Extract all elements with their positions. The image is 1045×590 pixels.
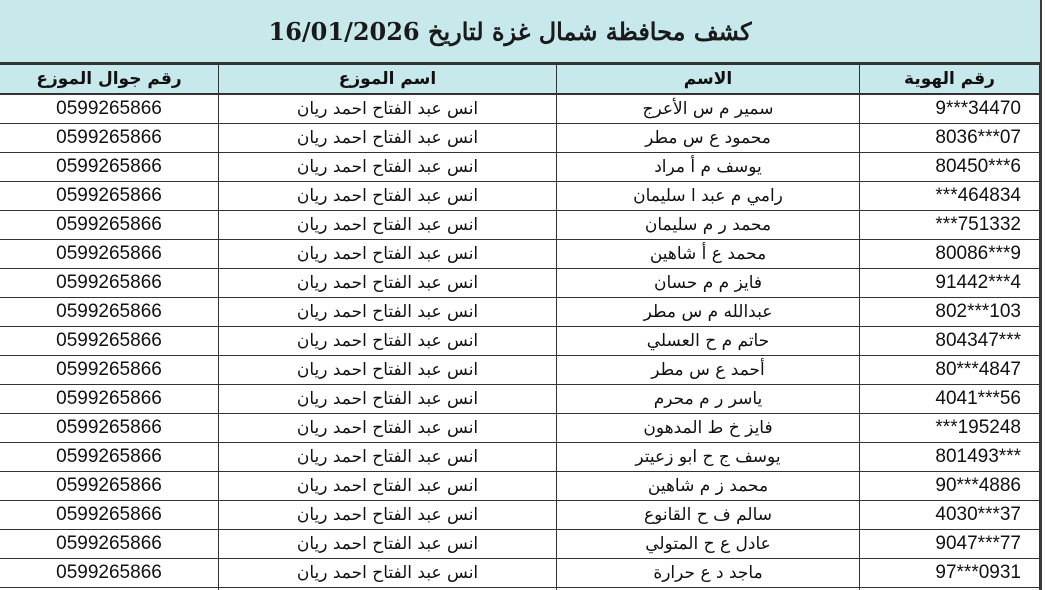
- table-row: 804347*** حاتم م ح العسلي انس عبد الفتاح…: [0, 327, 1040, 356]
- cell-distributor-name: انس عبد الفتاح احمد ريان: [219, 385, 557, 414]
- cell-distributor-name: انس عبد الفتاح احمد ريان: [219, 94, 557, 124]
- cell-name: عبدالله م س مطر: [557, 298, 860, 327]
- cell-distributor-name: انس عبد الفتاح احمد ريان: [219, 472, 557, 501]
- cell-distributor-name: انس عبد الفتاح احمد ريان: [219, 240, 557, 269]
- cell-distributor-name: انس عبد الفتاح احمد ريان: [219, 414, 557, 443]
- table-row: 8036***07 محمود ع س مطر انس عبد الفتاح ا…: [0, 124, 1040, 153]
- cell-id: ***195248: [860, 414, 1040, 443]
- table-row: 4030***37 سالم ف ح القانوع انس عبد الفتا…: [0, 501, 1040, 530]
- cell-id: 801493***: [860, 443, 1040, 472]
- cell-distributor-phone: 0599265866: [0, 211, 219, 240]
- cell-id: 91442***4: [860, 269, 1040, 298]
- cell-distributor-phone: 0599265866: [0, 298, 219, 327]
- cell-name: أحمد ع س مطر: [557, 356, 860, 385]
- cell-name: محمد ز م شاهين: [557, 472, 860, 501]
- table-row: 9047***77 عادل ع ح المتولي انس عبد الفتا…: [0, 530, 1040, 559]
- table-row: 4041***56 ياسر ر م محرم انس عبد الفتاح ا…: [0, 385, 1040, 414]
- cell-distributor-name: انس عبد الفتاح احمد ريان: [219, 211, 557, 240]
- cell-id: 802***103: [860, 298, 1040, 327]
- cell-name: فايز م م حسان: [557, 269, 860, 298]
- cell-name: ياسر ر م محرم: [557, 385, 860, 414]
- cell-distributor-name: انس عبد الفتاح احمد ريان: [219, 356, 557, 385]
- header-distributor-name: اسم الموزع: [219, 65, 557, 95]
- cell-id: 80086***9: [860, 240, 1040, 269]
- table-row: 80***4847 أحمد ع س مطر انس عبد الفتاح اح…: [0, 356, 1040, 385]
- cell-name: محمد ر م سليمان: [557, 211, 860, 240]
- cell-id: 97***0931: [860, 559, 1040, 588]
- cell-name: سالم ف ح القانوع: [557, 501, 860, 530]
- table-header-row: رقم الهوية الاسم اسم الموزع رقم جوال الم…: [0, 65, 1040, 95]
- cell-name: يوسف ج ح ابو زعيتر: [557, 443, 860, 472]
- table-row: 91442***4 فايز م م حسان انس عبد الفتاح ا…: [0, 269, 1040, 298]
- cell-distributor-phone: 0599265866: [0, 240, 219, 269]
- cell-name: محمد ع أ شاهين: [557, 240, 860, 269]
- cell-distributor-phone: 0599265866: [0, 559, 219, 588]
- header-id: رقم الهوية: [860, 65, 1040, 95]
- cell-distributor-name: انس عبد الفتاح احمد ريان: [219, 182, 557, 211]
- cell-name: عادل ع ح المتولي: [557, 530, 860, 559]
- table-row: 9***34470 سمير م س الأعرج انس عبد الفتاح…: [0, 94, 1040, 124]
- table-row: 801493*** يوسف ج ح ابو زعيتر انس عبد الف…: [0, 443, 1040, 472]
- cell-distributor-phone: 0599265866: [0, 472, 219, 501]
- cell-name: ماجد د ع حرارة: [557, 559, 860, 588]
- cell-distributor-name: انس عبد الفتاح احمد ريان: [219, 153, 557, 182]
- table-row: 80086***9 محمد ع أ شاهين انس عبد الفتاح …: [0, 240, 1040, 269]
- cell-name: يوسف م أ مراد: [557, 153, 860, 182]
- table-body: 9***34470 سمير م س الأعرج انس عبد الفتاح…: [0, 94, 1040, 590]
- title-band: كشف محافظة شمال غزة لتاريخ 16/01/2026: [0, 0, 1040, 64]
- table-row: 90***4886 محمد ز م شاهين انس عبد الفتاح …: [0, 472, 1040, 501]
- header-distributor-phone: رقم جوال الموزع: [0, 65, 219, 95]
- cell-distributor-phone: 0599265866: [0, 182, 219, 211]
- cell-distributor-phone: 0599265866: [0, 501, 219, 530]
- cell-id: ***464834: [860, 182, 1040, 211]
- cell-distributor-name: انس عبد الفتاح احمد ريان: [219, 298, 557, 327]
- cell-distributor-name: انس عبد الفتاح احمد ريان: [219, 501, 557, 530]
- table-row: ***464834 رامي م عبد ا سليمان انس عبد ال…: [0, 182, 1040, 211]
- cell-distributor-phone: 0599265866: [0, 269, 219, 298]
- cell-id: 90***4886: [860, 472, 1040, 501]
- cell-id: 80450***6: [860, 153, 1040, 182]
- table-row: 80450***6 يوسف م أ مراد انس عبد الفتاح ا…: [0, 153, 1040, 182]
- cell-distributor-name: انس عبد الفتاح احمد ريان: [219, 327, 557, 356]
- cell-name: حاتم م ح العسلي: [557, 327, 860, 356]
- distribution-table: رقم الهوية الاسم اسم الموزع رقم جوال الم…: [0, 64, 1040, 590]
- cell-name: فايز خ ط المدهون: [557, 414, 860, 443]
- sheet-title: كشف محافظة شمال غزة لتاريخ 16/01/2026: [269, 17, 752, 46]
- cell-distributor-phone: 0599265866: [0, 94, 219, 124]
- header-name: الاسم: [557, 65, 860, 95]
- cell-distributor-phone: 0599265866: [0, 530, 219, 559]
- cell-id: 9047***77: [860, 530, 1040, 559]
- cell-distributor-name: انس عبد الفتاح احمد ريان: [219, 559, 557, 588]
- cell-distributor-phone: 0599265866: [0, 356, 219, 385]
- table-row: 802***103 عبدالله م س مطر انس عبد الفتاح…: [0, 298, 1040, 327]
- cell-id: 4030***37: [860, 501, 1040, 530]
- cell-distributor-phone: 0599265866: [0, 153, 219, 182]
- cell-distributor-name: انس عبد الفتاح احمد ريان: [219, 530, 557, 559]
- table-row: 97***0931 ماجد د ع حرارة انس عبد الفتاح …: [0, 559, 1040, 588]
- cell-name: محمود ع س مطر: [557, 124, 860, 153]
- cell-distributor-phone: 0599265866: [0, 443, 219, 472]
- cell-id: 804347***: [860, 327, 1040, 356]
- cell-name: سمير م س الأعرج: [557, 94, 860, 124]
- table-row: ***195248 فايز خ ط المدهون انس عبد الفتا…: [0, 414, 1040, 443]
- cell-distributor-name: انس عبد الفتاح احمد ريان: [219, 269, 557, 298]
- cell-id: ***751332: [860, 211, 1040, 240]
- cell-distributor-name: انس عبد الفتاح احمد ريان: [219, 443, 557, 472]
- cell-distributor-name: انس عبد الفتاح احمد ريان: [219, 124, 557, 153]
- distribution-sheet: كشف محافظة شمال غزة لتاريخ 16/01/2026 رق…: [0, 0, 1042, 590]
- cell-id: 8036***07: [860, 124, 1040, 153]
- table-row: ***751332 محمد ر م سليمان انس عبد الفتاح…: [0, 211, 1040, 240]
- cell-id: 4041***56: [860, 385, 1040, 414]
- cell-distributor-phone: 0599265866: [0, 385, 219, 414]
- cell-id: 9***34470: [860, 94, 1040, 124]
- cell-distributor-phone: 0599265866: [0, 124, 219, 153]
- cell-distributor-phone: 0599265866: [0, 327, 219, 356]
- cell-distributor-phone: 0599265866: [0, 414, 219, 443]
- cell-name: رامي م عبد ا سليمان: [557, 182, 860, 211]
- cell-id: 80***4847: [860, 356, 1040, 385]
